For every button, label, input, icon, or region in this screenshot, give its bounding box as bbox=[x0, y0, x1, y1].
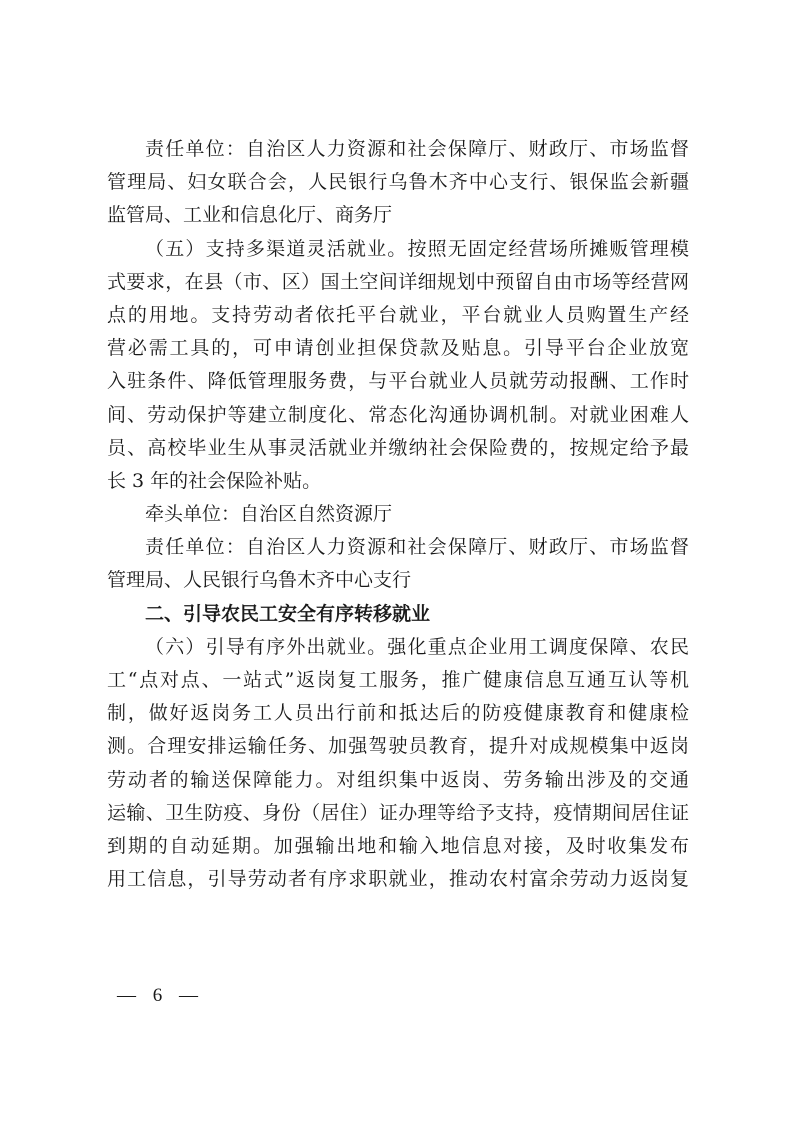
paragraph-5-line: 式要求，在县（市、区）国土空间详细规划中预留自由市场等经营网 bbox=[107, 266, 689, 299]
line-responsible-units-1-cont: 管理局、妇女联合会，人民银行乌鲁木齐中心支行、银保监会新疆 bbox=[107, 166, 689, 199]
line-responsible-units-1-end: 监管局、工业和信息化厅、商务厅 bbox=[107, 199, 689, 232]
paragraph-6-line: 测。合理安排运输任务、加强驾驶员教育，提升对成规模集中返岗 bbox=[107, 730, 689, 763]
paragraph-6-start: （六）引导有序外出就业。强化重点企业用工调度保障、农民 bbox=[107, 631, 689, 664]
paragraph-6-line: 工“点对点、一站式”返岗复工服务，推广健康信息互通互认等机 bbox=[107, 664, 689, 697]
paragraph-5-end: 长 3 年的社会保险补贴。 bbox=[107, 465, 689, 498]
line-responsible-units-1: 责任单位：自治区人力资源和社会保障厅、财政厅、市场监督 bbox=[107, 133, 689, 166]
paragraph-5-line: 入驻条件、降低管理服务费，与平台就业人员就劳动报酬、工作时 bbox=[107, 365, 689, 398]
line-responsible-units-2-end: 管理局、人民银行乌鲁木齐中心支行 bbox=[107, 564, 689, 597]
document-page: 责任单位：自治区人力资源和社会保障厅、财政厅、市场监督 管理局、妇女联合会，人民… bbox=[107, 133, 689, 896]
paragraph-5-start: （五）支持多渠道灵活就业。按照无固定经营场所摊贩管理模 bbox=[107, 233, 689, 266]
paragraph-6-line: 用工信息，引导劳动者有序求职就业，推动农村富余劳动力返岗复 bbox=[107, 863, 689, 896]
paragraph-6-line: 制，做好返岗务工人员出行前和抵达后的防疫健康教育和健康检 bbox=[107, 697, 689, 730]
paragraph-6-line: 运输、卫生防疫、身份（居住）证办理等给予支持，疫情期间居住证 bbox=[107, 797, 689, 830]
page-number: — 6 — bbox=[117, 985, 204, 1007]
section-heading-2: 二、引导农民工安全有序转移就业 bbox=[107, 598, 689, 631]
line-responsible-units-2: 责任单位：自治区人力资源和社会保障厅、财政厅、市场监督 bbox=[107, 531, 689, 564]
paragraph-6-line: 到期的自动延期。加强输出地和输入地信息对接，及时收集发布 bbox=[107, 830, 689, 863]
paragraph-5-line: 间、劳动保护等建立制度化、常态化沟通协调机制。对就业困难人 bbox=[107, 399, 689, 432]
paragraph-5-line: 员、高校毕业生从事灵活就业并缴纳社会保险费的，按规定给予最 bbox=[107, 432, 689, 465]
paragraph-5-line: 点的用地。支持劳动者依托平台就业，平台就业人员购置生产经 bbox=[107, 299, 689, 332]
paragraph-5-line: 营必需工具的，可申请创业担保贷款及贴息。引导平台企业放宽 bbox=[107, 332, 689, 365]
paragraph-6-line: 劳动者的输送保障能力。对组织集中返岗、劳务输出涉及的交通 bbox=[107, 764, 689, 797]
line-lead-unit: 牵头单位：自治区自然资源厅 bbox=[107, 498, 689, 531]
